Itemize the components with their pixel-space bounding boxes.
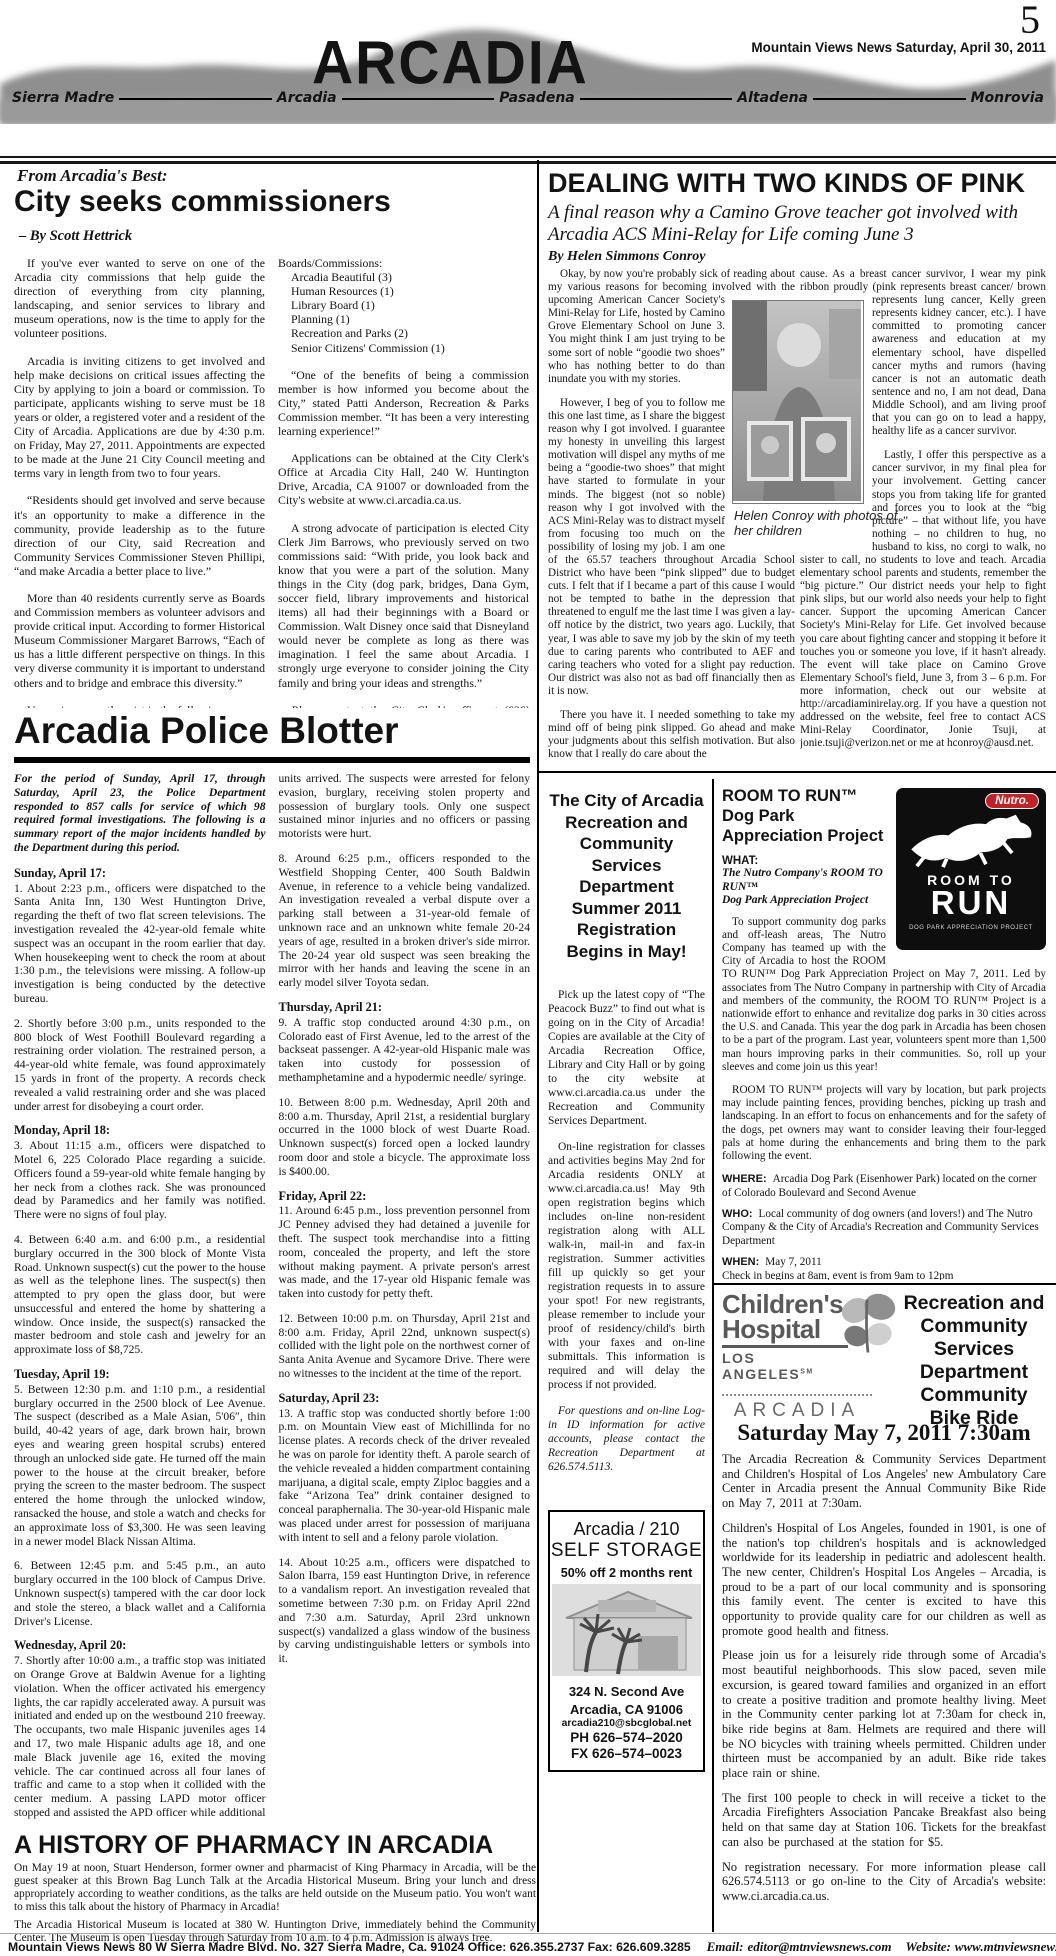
email-value: editor@mtnviewsnews.com <box>747 1939 891 1954</box>
city-label: Sierra Madre <box>12 90 114 106</box>
paragraph: ROOM TO RUN™ projects will vary by locat… <box>722 1084 1046 1163</box>
blotter-entry: 13. A traffic stop was conducted shortly… <box>279 1407 531 1545</box>
blotter-entry: 3. About 11:15 a.m., officers were dispa… <box>14 1139 266 1222</box>
commissioners-byline: – By Scott Hettrick <box>19 228 132 245</box>
blotter-entry: 2. Shortly before 3:00 p.m., units respo… <box>14 1017 266 1114</box>
paragraph: Please join us for a leisurely ride thro… <box>722 1648 1046 1780</box>
board-item: Arcadia Beautiful (3) <box>278 270 529 284</box>
blotter-underline-bar <box>14 757 530 763</box>
section-divider <box>537 771 1056 773</box>
blotter-entry: 4. Between 6:40 a.m. and 6:00 p.m., a re… <box>14 1233 266 1357</box>
pink-byline: By Helen Simmons Conroy <box>548 249 706 265</box>
blotter-entry: 11. Around 6:45 p.m., loss prevention pe… <box>279 1204 531 1301</box>
room-to-run-article: Nutro. ROOM TO RUN DOG PARK APPRECIATION… <box>722 786 1046 1280</box>
blotter-entry: 8. Around 6:25 p.m., officers responded … <box>279 852 531 990</box>
blotter-day: Saturday, April 23: <box>279 1392 531 1406</box>
section-banner-title: ARCADIA <box>312 27 589 98</box>
website-label: Website: <box>906 1939 951 1954</box>
paragraph: No registration necessary. For more info… <box>722 1860 1046 1904</box>
butterfly-icon <box>836 1290 900 1362</box>
when-text: Check in begins at 8am, event is from 9a… <box>722 1270 1046 1280</box>
ad-promo: 50% off 2 months rent <box>552 1566 701 1580</box>
paragraph: Arcadia is inviting citizens to get invo… <box>14 354 265 481</box>
footer-contact-info: Mountain Views News 80 W Sierra Madre Bl… <box>8 1940 691 1954</box>
blotter-intro: For the period of Sunday, April 17, thro… <box>14 772 266 855</box>
column-divider <box>537 160 539 1932</box>
contact-note: For questions and on-line Log-in ID info… <box>548 1404 705 1474</box>
chla-bike-header-row: Children's Hospital LOS ANGELESSM ARCADI… <box>722 1292 1046 1430</box>
photo-caption: Helen Conroy with photos of her children <box>734 508 898 538</box>
service-mark: SM <box>800 1368 814 1375</box>
article-kicker: From Arcadia's Best: <box>17 166 168 186</box>
blotter-day: Thursday, April 21: <box>279 1001 531 1015</box>
commissioners-column-2: Boards/Commissions: Arcadia Beautiful (3… <box>278 256 529 708</box>
paragraph: “One of the benefits of being a commissi… <box>278 368 529 438</box>
commissioners-column-1: If you've ever wanted to serve on one of… <box>14 256 265 708</box>
self-storage-ad: Arcadia / 210 SELF STORAGE 50% off 2 mon… <box>548 1510 705 1772</box>
paragraph: Pick up the latest copy of “The Peacock … <box>548 988 705 1128</box>
section-divider <box>712 1283 1056 1285</box>
column-divider <box>712 779 714 1932</box>
bike-ride-heading: Recreation and Community Services Depart… <box>902 1292 1046 1430</box>
paragraph: On-line registration for classes and act… <box>548 1140 705 1392</box>
pharmacy-headline: A HISTORY OF PHARMACY IN ARCADIA <box>14 1831 493 1860</box>
coverage-cities-row: Sierra Madre Arcadia Pasadena Altadena M… <box>0 90 1056 106</box>
when-text: May 7, 2011 <box>765 1256 821 1268</box>
divider-line <box>813 98 966 100</box>
contact-note: Please contact the City Clerk's office a… <box>278 703 529 708</box>
city-label: Pasadena <box>499 90 575 106</box>
city-label: Altadena <box>737 90 808 106</box>
board-item: Planning (1) <box>278 312 529 326</box>
website-value: www.mtnviewsnews.com <box>955 1939 1056 1954</box>
board-item: Senior Citizens' Commission (1) <box>278 341 529 355</box>
paragraph: “Residents should get involved and serve… <box>14 493 265 578</box>
bike-ride-body: The Arcadia Recreation & Community Servi… <box>722 1452 1046 1934</box>
ad-email: arcadia210@sbcglobal.net <box>550 1717 703 1730</box>
blotter-entry: 5. Between 12:30 p.m. and 1:10 p.m., a r… <box>14 1383 266 1549</box>
divider-line <box>580 98 733 100</box>
commissioners-body: If you've ever wanted to serve on one of… <box>14 256 530 708</box>
paragraph: The Arcadia Recreation & Community Servi… <box>722 1452 1046 1511</box>
boards-list-title: Boards/Commissions: <box>278 256 529 270</box>
divider-line <box>342 98 495 100</box>
city-label: Arcadia <box>277 90 337 106</box>
blotter-entry: 14. About 10:25 a.m., officers were disp… <box>279 1556 531 1666</box>
boards-commissions-list: Boards/Commissions: Arcadia Beautiful (3… <box>278 256 529 355</box>
blotter-body: For the period of Sunday, April 17, thro… <box>14 772 530 1822</box>
event-details: WHERE:Arcadia Dog Park (Eisenhower Park)… <box>722 1173 1046 1280</box>
ad-address: Arcadia, CA 91006 <box>550 1702 703 1717</box>
board-item: Human Resources (1) <box>278 284 529 298</box>
ad-phone: PH 626–574–2020 <box>550 1730 703 1746</box>
paragraph: A strong advocate of participation is el… <box>278 521 529 690</box>
ad-title: Arcadia / 210 <box>550 1519 703 1540</box>
ad-title: SELF STORAGE <box>550 1540 703 1562</box>
footer-email: Email: editor@mtnviewsnews.com Website: … <box>707 1938 1056 1956</box>
who-row: WHO:Local community of dog owners (and l… <box>722 1208 1046 1248</box>
paragraph: On May 19 at noon, Stuart Henderson, for… <box>14 1862 536 1914</box>
who-label: WHO: <box>722 1208 759 1220</box>
email-label: Email: <box>707 1939 744 1954</box>
hospital-location: ARCADIA <box>722 1394 872 1422</box>
where-row: WHERE:Arcadia Dog Park (Eisenhower Park)… <box>722 1173 1046 1200</box>
commissioners-headline: City seeks commissioners <box>14 185 391 219</box>
recreation-body: Pick up the latest copy of “The Peacock … <box>548 988 705 1505</box>
blotter-day: Friday, April 22: <box>279 1190 531 1204</box>
paragraph: Vacancies currently exist in the followi… <box>14 703 265 708</box>
masthead-dateline: Mountain Views News Saturday, April 30, … <box>751 40 1046 55</box>
blotter-entry: 6. Between 12:45 p.m. and 5:45 p.m., an … <box>14 1559 266 1628</box>
paragraph: Applications can be obtained at the City… <box>278 451 529 507</box>
page-number: 5 <box>1020 0 1040 43</box>
paragraph: The first 100 people to check in will re… <box>722 1791 1046 1850</box>
paragraph: Children's Hospital of Los Angeles, foun… <box>722 1521 1046 1639</box>
top-double-rule <box>0 156 1056 164</box>
board-item: Recreation and Parks (2) <box>278 326 529 340</box>
hospital-city-text: LOS ANGELES <box>722 1350 800 1382</box>
blotter-entry: 9. A traffic stop conducted around 4:30 … <box>279 1016 531 1085</box>
board-item: Library Board (1) <box>278 298 529 312</box>
blotter-day: Wednesday, April 20: <box>14 1639 266 1653</box>
recreation-heading: The City of Arcadia Recreation and Commu… <box>548 790 705 962</box>
pink-subhead: A final reason why a Camino Grove teache… <box>548 202 1046 246</box>
when-row: WHEN:May 7, 2011 Check in begins at 8am,… <box>722 1256 1046 1280</box>
leaping-dog-icon <box>902 812 1040 868</box>
blotter-entry: 12. Between 10:00 p.m. on Thursday, Apri… <box>279 1312 531 1381</box>
blotter-headline: Arcadia Police Blotter <box>14 710 399 752</box>
nutro-room-to-run-ad: Nutro. ROOM TO RUN DOG PARK APPRECIATION… <box>896 788 1046 950</box>
paragraph: There you have it. I needed something to… <box>548 709 795 761</box>
bike-ride-datetime: Saturday May 7, 2011 7:30am <box>722 1420 1046 1446</box>
blotter-day: Tuesday, April 19: <box>14 1368 266 1382</box>
blotter-day: Monday, April 18: <box>14 1124 266 1138</box>
ad-text: RUN <box>896 888 1046 918</box>
when-label: WHEN: <box>722 1256 765 1268</box>
city-label: Monrovia <box>971 90 1044 106</box>
childrens-hospital-logo: Children's Hospital LOS ANGELESSM ARCADI… <box>722 1292 902 1430</box>
blotter-entry: 1. About 2:23 p.m., officers were dispat… <box>14 882 266 1006</box>
who-text: Local community of dog owners (and lover… <box>722 1208 1039 1247</box>
nutro-logo: Nutro. <box>985 793 1039 809</box>
hospital-city: LOS ANGELESSM <box>722 1345 848 1382</box>
blotter-day: Sunday, April 17: <box>14 867 266 881</box>
ad-fax: FX 626–574–0023 <box>550 1746 703 1762</box>
helen-conroy-photo <box>732 300 864 504</box>
pink-headline: DEALING WITH TWO KINDS OF PINK <box>548 168 1025 199</box>
paragraph: More than 40 residents currently serve a… <box>14 591 265 690</box>
divider-line <box>119 98 272 100</box>
where-label: WHERE: <box>722 1173 773 1185</box>
ad-tagline: DOG PARK APPRECIATION PROJECT <box>896 925 1046 931</box>
storage-building-photo <box>552 1584 701 1676</box>
page-footer: Mountain Views News 80 W Sierra Madre Bl… <box>0 1933 1056 1956</box>
paragraph: If you've ever wanted to serve on one of… <box>14 256 265 341</box>
ad-address: 324 N. Second Ave <box>550 1684 703 1699</box>
blotter-entry: 10. Between 8:00 p.m. Wednesday, April 2… <box>279 1096 531 1179</box>
